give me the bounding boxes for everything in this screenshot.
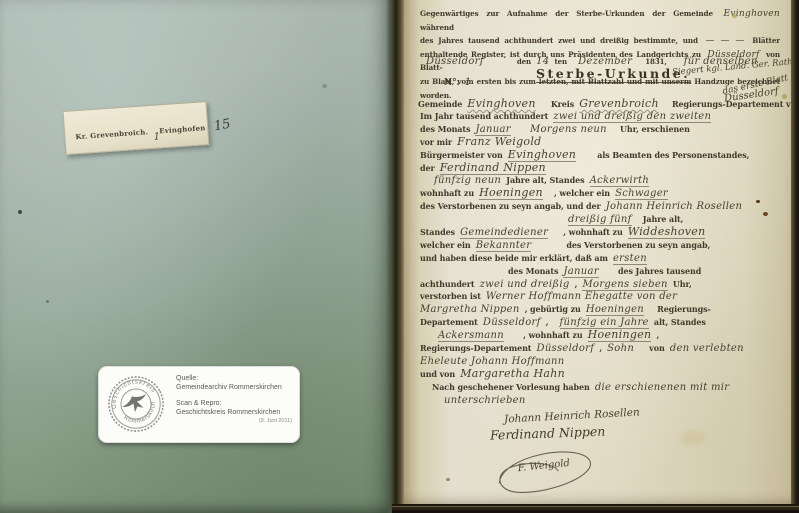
stain-speck — [732, 14, 737, 18]
spacer — [604, 273, 618, 274]
handwritten-text: den verlebten — [670, 343, 744, 354]
handwritten-text: Morgens neun — [530, 124, 607, 135]
printed-text: Uhr, erschienen — [620, 124, 690, 134]
printed-text: und haben diese beide mir erklärt, daß a… — [420, 253, 608, 263]
book-spine-gutter — [386, 0, 406, 513]
document-line: des Monats Januar des Jahres tausend — [508, 263, 786, 276]
printed-text: des Verstorbenen zu seyn angab, und der — [420, 201, 601, 211]
archive-label-subnumber: 1 — [153, 131, 160, 142]
document-line: Gegenwärtiges zur Aufnahme der Sterbe-Ur… — [420, 6, 780, 33]
document-line: Margretha Nippen , gebürtig zu Hoeningen… — [420, 301, 786, 314]
document-line: der Ferdinand Nippen — [420, 160, 786, 173]
repro-label: Scan & Repro: — [176, 399, 292, 408]
stain-speck — [680, 430, 706, 446]
printed-text: und von — [420, 369, 455, 379]
geschichtskreis-seal-icon: Geschichtskreis Rommerskirchen — [97, 365, 175, 443]
archive-label-place: Evinghofen — [159, 123, 206, 135]
spacer — [516, 131, 530, 132]
handwritten-text: unterschrieben — [444, 395, 526, 406]
printed-text: , — [599, 343, 602, 353]
printed-text: , — [657, 330, 660, 340]
source-label: Quelle: — [176, 374, 292, 383]
printed-text: ten — [555, 57, 567, 66]
document-line: und von Margaretha Hahn — [420, 366, 786, 379]
spacer — [664, 106, 672, 107]
printed-text: Nach geschehener Vorlesung haben — [432, 382, 590, 392]
document-line: des Monats Januar Morgens neun Uhr, ersc… — [420, 121, 786, 134]
handwritten-text: die erschienenen mit mir — [595, 382, 730, 393]
document-line: verstorben ist Werner Hoffmann Ehegatte … — [420, 288, 786, 301]
archive-source-box: Geschichtskreis Rommerskirchen Quelle: G… — [98, 366, 300, 443]
document-line: Ackersmann , wohnhaft zu Hoeningen , — [438, 327, 786, 340]
printed-text: des Monats — [420, 124, 470, 134]
signature-block: Johann Heinrich Rosellen Ferdinand Nippe… — [504, 410, 640, 496]
spacer — [612, 131, 620, 132]
record-number-label: N°. — [444, 78, 460, 88]
document-line: achthundert zwei und dreißig , Morgens s… — [420, 276, 786, 289]
repro-date: (9. Juni 2011) — [176, 418, 292, 424]
document-line: Departement Düsseldorf , fünfzig ein Jah… — [420, 314, 786, 327]
document-line: unterschrieben — [444, 392, 786, 405]
printed-text: des Jahres tausend — [618, 266, 701, 276]
printed-text: Im Jahr tausend achthundert — [420, 111, 548, 121]
printed-text: von — [649, 343, 665, 353]
spacer — [489, 63, 517, 64]
stain-speck — [18, 210, 22, 214]
scanned-death-record-spread: Kr. Grevenbroich. Evinghofen 15 1 Geschi… — [0, 0, 799, 513]
record-number: N°. 1 — [444, 70, 471, 89]
printed-text: alt, Standes — [654, 317, 706, 327]
printed-text: Regierungs-Departement — [420, 343, 531, 353]
handwritten-text: Margaretha Hahn — [460, 367, 565, 380]
right-book-page: Gegenwärtiges zur Aufnahme der Sterbe-Ur… — [404, 0, 792, 505]
document-title: Sterbe-Urkunde. — [536, 66, 690, 83]
left-book-page: Kr. Grevenbroich. Evinghofen 15 1 Geschi… — [0, 0, 390, 513]
stain-speck — [756, 200, 760, 203]
spacer — [509, 337, 523, 338]
stain-speck — [322, 84, 327, 88]
printed-text: achthundert — [420, 279, 475, 289]
document-line: Bürgermeister von Evinghoven als Beamten… — [420, 147, 786, 160]
stain-speck — [446, 478, 450, 481]
document-header: N°. 1 Sterbe-Urkunde. Siegert kgl. Land.… — [404, 66, 792, 86]
printed-text: Standes — [420, 227, 455, 237]
archive-label-region: Kr. Grevenbroich. — [75, 127, 148, 141]
stain-speck — [782, 94, 787, 99]
spacer — [639, 350, 649, 351]
printed-text: des Monats — [508, 266, 558, 276]
spacer — [554, 324, 560, 325]
document-line: des Verstorbenen zu seyn angab, und der … — [420, 198, 786, 211]
printed-text: Bürgermeister von — [420, 150, 503, 160]
source-value: Gemeindearchiv Rommerskirchen — [176, 383, 292, 392]
spacer — [536, 247, 566, 248]
document-line: welcher ein Bekannter des Verstorbenen z… — [420, 237, 786, 250]
document-line: vor mir Franz Weigold — [420, 134, 786, 147]
printed-text: Jahre alt, — [643, 214, 684, 224]
archive-label-number: 15 — [213, 117, 232, 135]
spacer — [672, 63, 684, 64]
printed-text: welcher ein — [420, 240, 471, 250]
document-line: dreißig fünf Jahre alt, — [568, 211, 786, 224]
printed-text: vor mir — [420, 137, 452, 147]
printed-text: Uhr, — [673, 279, 692, 289]
printed-text: Blätter — [752, 36, 780, 45]
spacer — [553, 234, 563, 235]
document-line: des Jahres tausend achthundert zwei und … — [420, 33, 780, 47]
record-number-value: 1 — [465, 77, 472, 88]
stain-speck — [763, 212, 768, 216]
printed-text: 1831, — [645, 57, 666, 66]
printed-text: des Verstorbenen zu seyn angab, — [566, 240, 710, 250]
signature-registrar-flourish: F. Weigold — [482, 435, 617, 502]
printed-text: , — [575, 279, 578, 289]
archive-label-slip: Kr. Grevenbroich. Evinghofen 15 1 — [63, 101, 210, 155]
repro-value: Geschichtskreis Rommerskirchen — [176, 408, 292, 417]
printed-text: als Beamten des Personenstandes, — [597, 150, 749, 160]
book-edge-bottom — [392, 504, 799, 513]
document-line: Nach geschehener Vorlesung haben die ers… — [432, 379, 786, 392]
death-record-body: Im Jahr tausend achthundert zwei und dre… — [420, 108, 786, 404]
printed-text: Departement — [420, 317, 478, 327]
printed-text: verstorben ist — [420, 291, 481, 301]
handwritten-text: Sohn — [607, 343, 634, 354]
printed-text: Regierungs- — [657, 304, 711, 314]
handwritten-text: Franz Weigold — [457, 135, 541, 148]
printed-text: der — [420, 163, 435, 173]
handwritten-text: — — — — [706, 36, 745, 46]
document-line: Regierungs-Departement Düsseldorf , Sohn… — [420, 340, 786, 353]
printed-text: , wohnhaft zu — [563, 227, 622, 237]
printed-text: des Jahres tausend achthundert zwei und … — [420, 36, 698, 45]
printed-text: wohnhaft zu — [420, 188, 474, 198]
spacer — [581, 157, 597, 158]
printed-text: Gegenwärtiges zur Aufnahme der Sterbe-Ur… — [420, 9, 713, 18]
stain-speck — [46, 300, 49, 303]
book-edge-right — [791, 0, 799, 513]
printed-text: , — [546, 317, 549, 327]
printed-text: den — [517, 57, 531, 66]
printed-text: während — [420, 23, 454, 32]
